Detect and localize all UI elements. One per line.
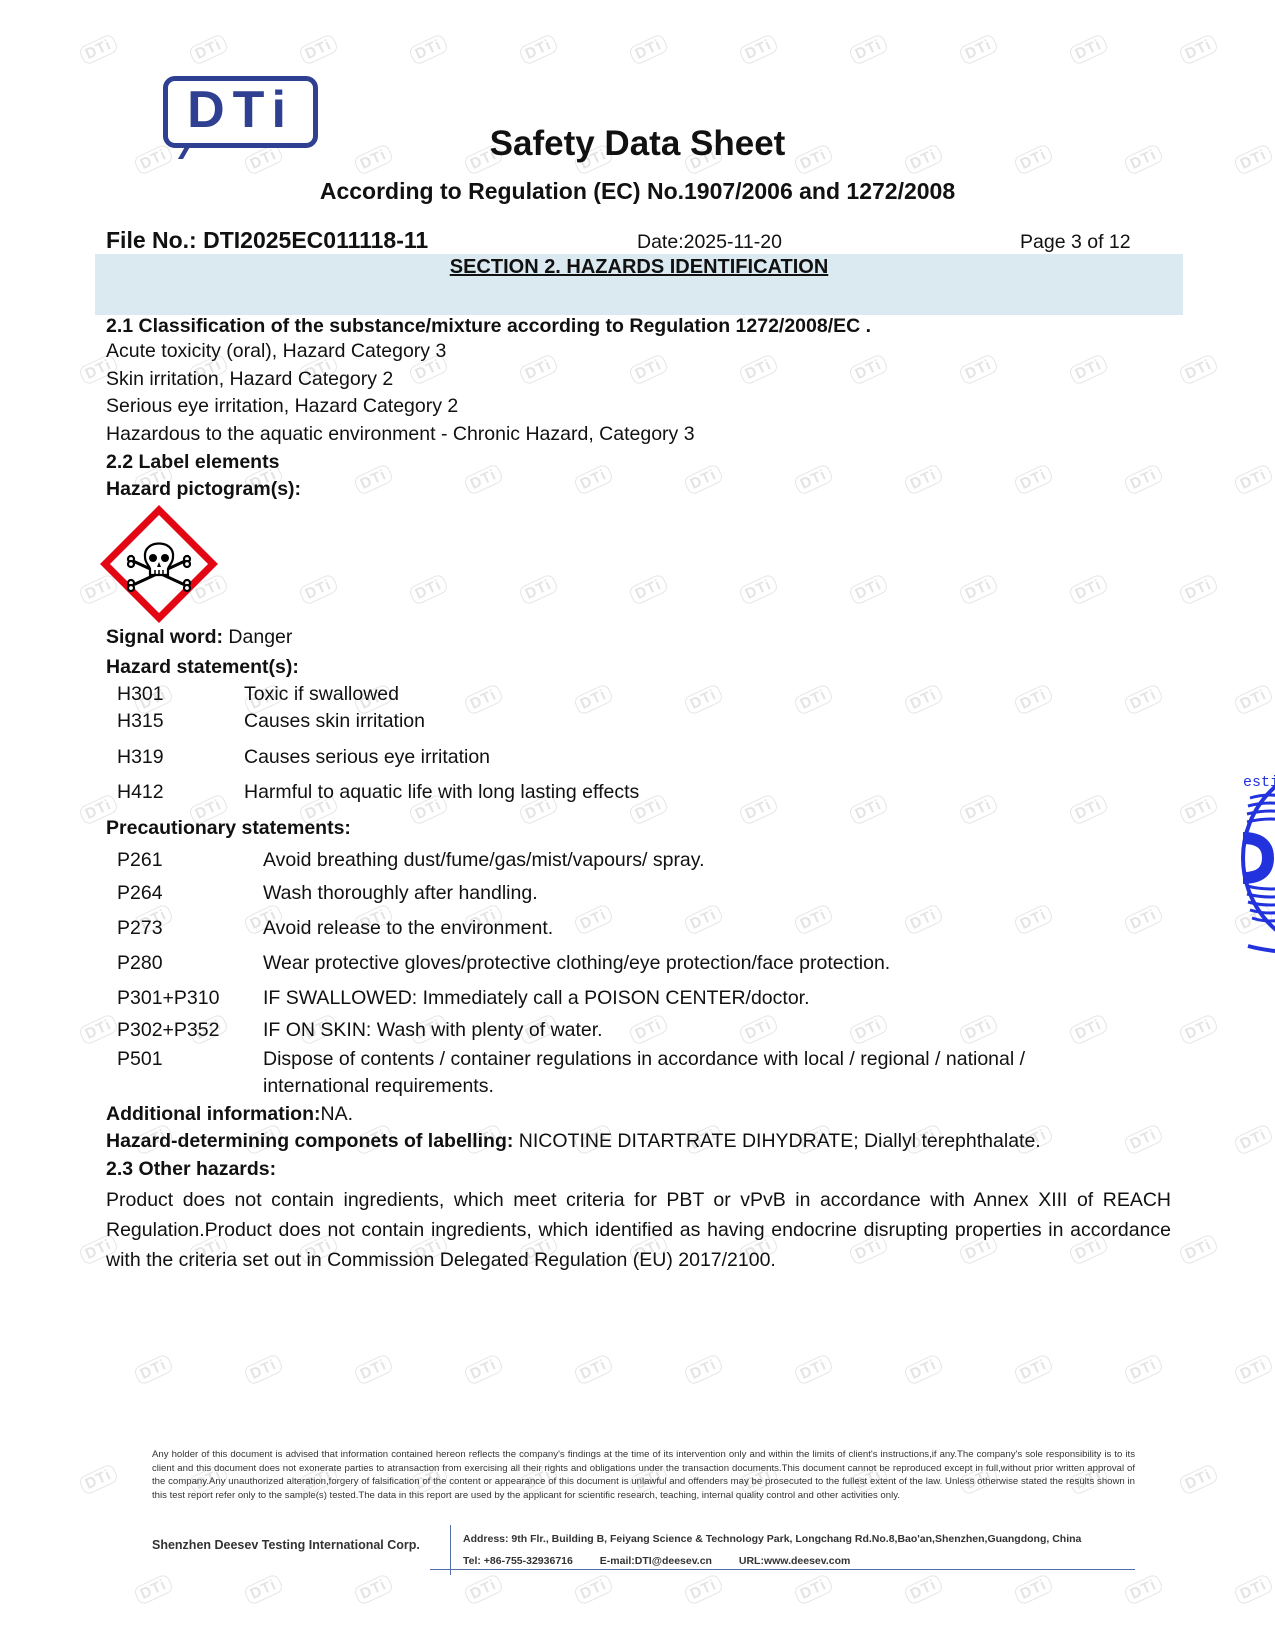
- watermark-mark: DTi: [903, 1353, 944, 1386]
- hazard-text: Causes skin irritation: [244, 710, 425, 733]
- watermark-mark: DTi: [793, 683, 834, 716]
- watermark-mark: DTi: [1233, 1573, 1274, 1606]
- precaution-text: IF ON SKIN: Wash with plenty of water.: [263, 1019, 603, 1042]
- watermark-mark: DTi: [78, 33, 119, 66]
- watermark-mark: DTi: [1178, 33, 1219, 66]
- watermark-mark: DTi: [408, 33, 449, 66]
- watermark-mark: DTi: [903, 903, 944, 936]
- watermark-mark: DTi: [463, 1353, 504, 1386]
- precaution-text: Avoid breathing dust/fume/gas/mist/vapou…: [263, 849, 705, 872]
- other-hazards-heading: 2.3 Other hazards:: [106, 1158, 276, 1181]
- watermark-mark: DTi: [683, 463, 724, 496]
- hazard-code: H319: [117, 746, 164, 769]
- company-address: Address: 9th Flr., Building B, Feiyang S…: [463, 1533, 1081, 1545]
- watermark-mark: DTi: [243, 1573, 284, 1606]
- signal-word-label: Signal word:: [106, 626, 223, 648]
- watermark-mark: DTi: [683, 1353, 724, 1386]
- watermark-mark: DTi: [958, 1013, 999, 1046]
- watermark-mark: DTi: [408, 573, 449, 606]
- watermark-mark: DTi: [1123, 1353, 1164, 1386]
- precaution-text: Avoid release to the environment.: [263, 917, 553, 940]
- watermark-mark: DTi: [1068, 1013, 1109, 1046]
- watermark-mark: DTi: [793, 463, 834, 496]
- signal-word: Signal word: Danger: [106, 626, 292, 649]
- hazard-determining-components: Hazard-determining componets of labellin…: [106, 1130, 1041, 1153]
- watermark-mark: DTi: [78, 1013, 119, 1046]
- watermark-mark: DTi: [353, 1573, 394, 1606]
- watermark-mark: DTi: [1178, 1233, 1219, 1266]
- file-number: File No.: DTI2025EC011118-11: [106, 227, 428, 254]
- watermark-mark: DTi: [848, 573, 889, 606]
- hazard-determining-value: NICOTINE DITARTRATE DIHYDRATE; Diallyl t…: [513, 1130, 1040, 1152]
- hazard-code: H412: [117, 781, 164, 804]
- watermark-mark: DTi: [573, 1573, 614, 1606]
- precaution-text-continued: international requirements.: [263, 1075, 494, 1098]
- hazard-statements-label: Hazard statement(s):: [106, 656, 299, 679]
- document-subtitle: According to Regulation (EC) No.1907/200…: [0, 178, 1275, 205]
- hazard-text: Causes serious eye irritation: [244, 746, 490, 769]
- section-title: SECTION 2. HAZARDS IDENTIFICATION: [95, 256, 1183, 279]
- watermark-mark: DTi: [848, 793, 889, 826]
- precautionary-statements-label: Precautionary statements:: [106, 817, 351, 840]
- watermark-mark: DTi: [1068, 353, 1109, 386]
- precaution-code: P302+P352: [117, 1019, 219, 1042]
- company-contact: Tel: +86-755-32936716 E-mail:DTI@deesev.…: [463, 1555, 874, 1567]
- additional-information-label: Additional information:: [106, 1103, 320, 1125]
- watermark-mark: DTi: [848, 1013, 889, 1046]
- watermark-mark: DTi: [133, 1573, 174, 1606]
- hazard-determining-label: Hazard-determining componets of labellin…: [106, 1130, 513, 1152]
- company-name: Shenzhen Deesev Testing International Co…: [152, 1538, 420, 1552]
- watermark-mark: DTi: [1233, 463, 1274, 496]
- watermark-mark: DTi: [1068, 33, 1109, 66]
- watermark-mark: DTi: [628, 353, 669, 386]
- watermark-mark: DTi: [903, 463, 944, 496]
- watermark-mark: DTi: [1013, 463, 1054, 496]
- watermark-mark: DTi: [353, 1353, 394, 1386]
- document-title: Safety Data Sheet: [0, 124, 1275, 164]
- watermark-mark: DTi: [1123, 903, 1164, 936]
- watermark-mark: DTi: [573, 1353, 614, 1386]
- watermark-mark: DTi: [738, 1013, 779, 1046]
- watermark-mark: DTi: [958, 793, 999, 826]
- hazard-code: H315: [117, 710, 164, 733]
- classification-item: Hazardous to the aquatic environment - C…: [106, 423, 695, 446]
- watermark-mark: DTi: [1178, 573, 1219, 606]
- precaution-code: P280: [117, 952, 163, 975]
- company-email[interactable]: E-mail:DTI@deesev.cn: [600, 1555, 712, 1567]
- watermark-mark: DTi: [1123, 1123, 1164, 1156]
- classification-item: Acute toxicity (oral), Hazard Category 3: [106, 340, 446, 363]
- watermark-mark: DTi: [903, 683, 944, 716]
- additional-information-value: NA.: [320, 1103, 353, 1125]
- company-url[interactable]: URL:www.deesev.com: [739, 1555, 850, 1567]
- other-hazards-text: Product does not contain ingredients, wh…: [106, 1185, 1171, 1275]
- pictogram-label: Hazard pictogram(s):: [106, 478, 301, 501]
- certification-stamp: esti: [1238, 758, 1275, 958]
- watermark-mark: DTi: [518, 33, 559, 66]
- precaution-text: IF SWALLOWED: Immediately call a POISON …: [263, 987, 810, 1010]
- watermark-mark: DTi: [463, 1573, 504, 1606]
- watermark-mark: DTi: [958, 33, 999, 66]
- watermark-mark: DTi: [628, 1013, 669, 1046]
- watermark-mark: DTi: [793, 903, 834, 936]
- additional-information: Additional information:NA.: [106, 1103, 353, 1126]
- watermark-mark: DTi: [683, 683, 724, 716]
- watermark-mark: DTi: [738, 793, 779, 826]
- watermark-mark: DTi: [1013, 1353, 1054, 1386]
- precaution-text: Wear protective gloves/protective clothi…: [263, 952, 890, 975]
- stamp-text: esti: [1243, 774, 1275, 791]
- watermark-mark: DTi: [1013, 683, 1054, 716]
- hazard-text: Harmful to aquatic life with long lastin…: [244, 781, 639, 804]
- watermark-mark: DTi: [573, 463, 614, 496]
- watermark-mark: DTi: [1123, 1573, 1164, 1606]
- signal-word-value: Danger: [223, 626, 292, 648]
- label-elements-heading: 2.2 Label elements: [106, 451, 279, 474]
- watermark-mark: DTi: [298, 573, 339, 606]
- watermark-mark: DTi: [188, 33, 229, 66]
- watermark-mark: DTi: [1123, 683, 1164, 716]
- watermark-mark: DTi: [848, 33, 889, 66]
- classification-item: Serious eye irritation, Hazard Category …: [106, 395, 458, 418]
- watermark-mark: DTi: [1178, 793, 1219, 826]
- watermark-mark: DTi: [1233, 1353, 1274, 1386]
- watermark-mark: DTi: [958, 573, 999, 606]
- watermark-mark: DTi: [903, 1573, 944, 1606]
- watermark-mark: DTi: [1068, 793, 1109, 826]
- watermark-mark: DTi: [1013, 903, 1054, 936]
- watermark-mark: DTi: [133, 1353, 174, 1386]
- watermark-mark: DTi: [1178, 1013, 1219, 1046]
- document-date: Date:2025-11-20: [637, 231, 782, 254]
- watermark-mark: DTi: [518, 573, 559, 606]
- watermark-mark: DTi: [628, 33, 669, 66]
- watermark-mark: DTi: [243, 1353, 284, 1386]
- precaution-code: P261: [117, 849, 163, 872]
- watermark-mark: DTi: [573, 683, 614, 716]
- watermark-mark: DTi: [463, 463, 504, 496]
- precaution-text: Wash thoroughly after handling.: [263, 882, 538, 905]
- watermark-mark: DTi: [738, 573, 779, 606]
- watermark-mark: DTi: [738, 353, 779, 386]
- precaution-code: P501: [117, 1048, 163, 1071]
- watermark-mark: DTi: [738, 33, 779, 66]
- watermark-mark: DTi: [1013, 1573, 1054, 1606]
- watermark-mark: DTi: [628, 573, 669, 606]
- watermark-mark: DTi: [298, 33, 339, 66]
- company-tel: Tel: +86-755-32936716: [463, 1555, 573, 1567]
- watermark-mark: DTi: [1123, 463, 1164, 496]
- legal-disclaimer: Any holder of this document is advised t…: [152, 1448, 1135, 1502]
- watermark-mark: DTi: [793, 1573, 834, 1606]
- watermark-mark: DTi: [463, 683, 504, 716]
- watermark-mark: DTi: [1233, 683, 1274, 716]
- watermark-mark: DTi: [793, 1353, 834, 1386]
- precaution-code: P301+P310: [117, 987, 219, 1010]
- precaution-code: P264: [117, 882, 163, 905]
- skull-and-crossbones-icon: [100, 505, 218, 623]
- precaution-code: P273: [117, 917, 163, 940]
- footer-divider-vertical: [450, 1525, 451, 1575]
- watermark-mark: DTi: [573, 903, 614, 936]
- hazard-text: Toxic if swallowed: [244, 683, 399, 706]
- watermark-mark: DTi: [1233, 1123, 1274, 1156]
- watermark-mark: DTi: [353, 463, 394, 496]
- watermark-mark: DTi: [683, 903, 724, 936]
- watermark-mark: DTi: [518, 353, 559, 386]
- watermark-mark: DTi: [1178, 1463, 1219, 1496]
- watermark-mark: DTi: [848, 353, 889, 386]
- watermark-mark: DTi: [1178, 353, 1219, 386]
- watermark-mark: DTi: [683, 1573, 724, 1606]
- classification-heading: 2.1 Classification of the substance/mixt…: [106, 315, 871, 338]
- watermark-mark: DTi: [78, 1463, 119, 1496]
- watermark-mark: DTi: [958, 353, 999, 386]
- hazard-code: H301: [117, 683, 164, 706]
- watermark-mark: DTi: [1068, 573, 1109, 606]
- page-number: Page 3 of 12: [1020, 231, 1131, 254]
- footer-divider-horizontal: [430, 1569, 1135, 1570]
- classification-item: Skin irritation, Hazard Category 2: [106, 368, 393, 391]
- precaution-text: Dispose of contents / container regulati…: [263, 1048, 1025, 1071]
